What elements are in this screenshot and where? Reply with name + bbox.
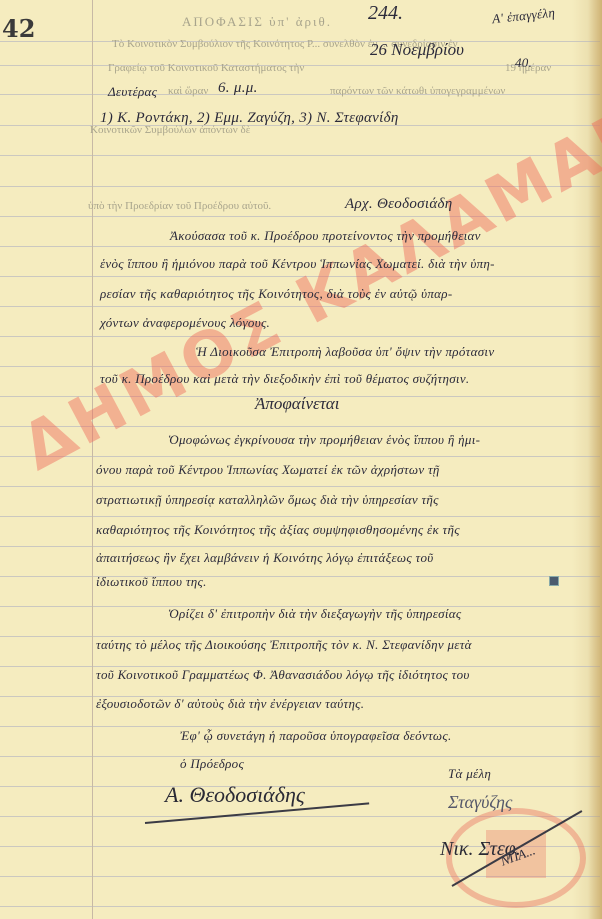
printed-header-line3-end: παρόντων τῶν κάτωθι ὑπογεγραμμένων: [330, 85, 505, 97]
body-line: τοῦ κ. Προέδρου καὶ μετὰ τὴν διεξοδικὴν …: [100, 371, 469, 387]
meeting-date: 26 Νοεμβρίου: [370, 40, 464, 60]
printed-header-line2: Γραφείῳ τοῦ Κοινοτικοῦ Καταστήματος τὴν: [108, 62, 304, 74]
closing-line: Ἐφ' ᾧ συνετάγη ἡ παροῦσα ὑπογραφεῖσα δεό…: [180, 728, 452, 744]
president-signature: Α. Θεοδοσιάδης: [165, 782, 305, 808]
printed-header-line3: καὶ ὥραν: [168, 85, 208, 97]
body-line: Ἡ Διοικοῦσα Ἐπιτροπὴ λαβοῦσα ὑπ' ὄψιν τὴ…: [196, 344, 494, 360]
meeting-time: 6. μ.μ.: [218, 80, 258, 97]
body-line: Ὁρίζει δ' ἐπιτροπὴν διὰ τὴν διεξαγωγὴν τ…: [168, 606, 461, 622]
body-line: ἐξουσιοδοτῶν δ' αὐτοὺς διὰ τὴν ἐνέργειαν…: [96, 696, 364, 712]
page-number: 42: [2, 14, 35, 43]
present-members: 1) Κ. Ροντάκη, 2) Εμμ. Ζαγύζη, 3) Ν. Στε…: [100, 110, 399, 127]
body-line: στρατιωτικῇ ὑπηρεσίᾳ καταλληλῶν ὅμως διὰ…: [96, 492, 439, 508]
body-line: ρεσίαν τῆς καθαριότητος τῆς Κοινότητος, …: [100, 286, 452, 302]
body-line: καθαριότητος τῆς Κοινότητος τῆς ἀξίας συ…: [96, 522, 460, 538]
document-page: ΔΗΜΟΣ ΚΑΛΑΜΑΡΙΑΣ 42 ΑΠΟΦΑΣΙΣ ὑπ' ἀριθ. Τ…: [0, 0, 602, 919]
session-note: Α' ἐπαγγέλη: [491, 5, 556, 28]
body-line: ἰδιωτικοῦ ἵππου της.: [96, 574, 207, 590]
scan-artifact: [549, 576, 559, 586]
meeting-year: 40.: [515, 55, 532, 71]
body-line: Ἀκούσασα τοῦ κ. Προέδρου προτείνοντος τὴ…: [170, 228, 481, 244]
decision-number: 244.: [368, 2, 403, 25]
body-line: όνου παρὰ τοῦ Κέντρου Ἱππωνίας Χωματεί ἐ…: [96, 462, 440, 478]
president-name: Αρχ. Θεοδοσιάδη: [345, 196, 453, 213]
body-line: χόντων ἀναφερομένους λόγους.: [100, 315, 270, 331]
member-signature-1: Σταγύζης: [448, 792, 512, 813]
decision-heading: Ἀποφαίνεται: [255, 394, 339, 414]
body-line: τοῦ Κοινοτικοῦ Γραμματέως Φ. Ἀθανασιάδου…: [96, 667, 470, 683]
printed-title: ΑΠΟΦΑΣΙΣ ὑπ' ἀριθ.: [182, 14, 332, 30]
body-line: ταύτης τὸ μέλος τῆς Διοικούσης Ἐπιτροπῆς…: [96, 637, 472, 653]
president-label: ὁ Πρόεδρος: [180, 756, 244, 772]
body-line: ἑνὸς ἵππου ἢ ἡμιόνου παρὰ τοῦ Κέντρου Ἱπ…: [100, 256, 495, 272]
body-line: Ὁμοφώνως ἐγκρίνουσα τὴν προμήθειαν ἑνὸς …: [168, 432, 480, 448]
meeting-weekday: Δευτέρας: [108, 84, 157, 100]
printed-header-line5: ὑπὸ τὴν Προεδρίαν τοῦ Προέδρου αὐτοῦ.: [88, 200, 271, 212]
body-line: ἀπαιτήσεως ἣν ἔχει λαμβάνειν ἡ Κοινότης …: [96, 550, 434, 566]
members-label: Τὰ μέλη: [448, 766, 491, 782]
